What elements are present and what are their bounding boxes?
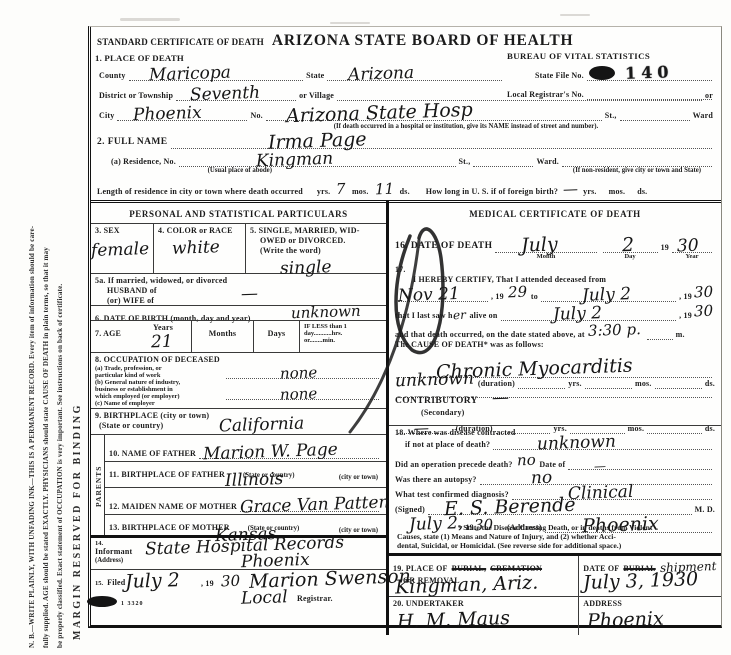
- date-of-line: —: [568, 458, 712, 470]
- city-row: City Phoenix No. Arizona State Hosp St.,…: [95, 108, 717, 122]
- occupation-b-line: none: [226, 388, 379, 400]
- dob-row: 6. DATE OF BIRTH (month, day and year) u…: [91, 305, 386, 320]
- duration-value: unknown: [395, 371, 474, 391]
- occupation-a-row: (a) Trade, profession, or particular kin…: [95, 365, 382, 379]
- duration-ds-line: [655, 377, 702, 389]
- pre-title: STANDARD CERTIFICATE OF DEATH: [97, 37, 264, 48]
- autopsy-label: Was there an autopsy?: [395, 475, 477, 485]
- age-years-value: 21: [151, 334, 173, 352]
- race-label: 4. COLOR or RACE: [158, 226, 241, 236]
- age-label-cell: 7. AGE: [91, 321, 135, 352]
- operation-row: Did an operation precede death? no Date …: [395, 450, 715, 470]
- burial-word-struck: BURIAL,: [452, 564, 487, 573]
- duration-mos-line: [585, 377, 632, 389]
- contributory-value: —: [492, 390, 510, 408]
- county-value: Maricopa: [149, 65, 231, 85]
- dod-month-sublabel: Month: [537, 253, 556, 260]
- death-occurred-label: and that death occurred, on the date sta…: [395, 330, 585, 340]
- undertaker-value: H. M. Maus: [397, 609, 511, 632]
- burial-date-cell: DATE OF BURIAL shipment July 3, 1930: [578, 556, 721, 596]
- sex-value: female: [91, 241, 150, 260]
- yrs-value: 7: [336, 182, 346, 197]
- residence-row: (a) Residence, No. Kingman (Usual place …: [91, 151, 721, 177]
- footnote-line1: * State the Disease Causing Death, or in…: [397, 523, 713, 532]
- age-row: 7. AGE Years 21 Months Days IF LESS than…: [91, 320, 386, 352]
- full-name-label: 2. FULL NAME: [97, 137, 168, 149]
- residence-label: (a) Residence, No.: [111, 157, 176, 167]
- or-label: or: [705, 91, 713, 101]
- informant-address-label: (Address): [95, 557, 382, 564]
- footnote-line3: dental, Suicidal, or Homicidal. (See rev…: [397, 541, 713, 550]
- occupation-row: 8. OCCUPATION OF DECEASED (a) Trade, pro…: [91, 352, 386, 408]
- death-time-row: and that death occurred, on the date sta…: [395, 321, 715, 340]
- street-no-label: No.: [250, 111, 262, 121]
- title-band: STANDARD CERTIFICATE OF DEATH ARIZONA ST…: [91, 27, 721, 50]
- certify-block: 17. I HEREBY CERTIFY, That I attended de…: [389, 265, 721, 371]
- from-year-value: 29: [508, 285, 528, 301]
- full-name-line: Irma Page: [171, 134, 712, 149]
- date-of-death-label: 16. DATE OF DEATH: [395, 241, 492, 253]
- dod-year-sublabel: Year: [686, 253, 699, 260]
- age-months-label: Months: [209, 329, 236, 338]
- alive-on-label: alive on: [469, 311, 497, 321]
- scan-smudge: [330, 22, 370, 24]
- md-label: M. D.: [695, 505, 715, 515]
- alive-on-line: July 2: [501, 309, 677, 321]
- bottom-ink-blot: [87, 596, 117, 607]
- city-line: Phoenix: [117, 109, 247, 121]
- operation-label: Did an operation precede death?: [395, 460, 513, 470]
- alive-year-prefix: , 19: [679, 311, 692, 321]
- form-code-stamp: 1 3320: [121, 601, 144, 607]
- age-years-cell: Years 21: [135, 321, 191, 352]
- to-year-prefix: , 19: [679, 292, 692, 302]
- father-name-label: 10. NAME OF FATHER: [109, 449, 196, 459]
- if-less-line1: IF LESS than 1: [304, 323, 382, 330]
- residence-st-line: [473, 155, 533, 167]
- if-less-cell: IF LESS than 1 day...........hrs. or....…: [299, 321, 386, 352]
- occupation-b-line2: business or establishment in: [95, 386, 223, 393]
- personal-column: PERSONAL AND STATISTICAL PARTICULARS 3. …: [91, 200, 389, 635]
- st-line: [620, 109, 690, 121]
- duration-yrs-label: yrs.: [568, 379, 581, 389]
- duration-mos-label: mos.: [635, 379, 652, 389]
- age-days-cell: Days: [253, 321, 299, 352]
- filed-row: 15. Filed July 2 , 19 30 Marion Swenson …: [91, 569, 386, 611]
- medical-column: MEDICAL CERTIFICATE OF DEATH 16. DATE OF…: [389, 200, 721, 635]
- informant-row: 14. Informant (Address) State Hospital R…: [91, 535, 386, 569]
- abode-note: (Usual place of abode): [208, 167, 272, 174]
- undertaker-row: 20. UNDERTAKER H. M. Maus ADDRESS Phoeni…: [389, 596, 721, 635]
- registrar-title-label: Registrar.: [297, 594, 333, 604]
- occupation-b-row: (b) General nature of industry, business…: [95, 379, 382, 400]
- q18-line2: if not at place of death?: [405, 440, 490, 450]
- to-label: to: [531, 292, 538, 302]
- dob-value: unknown: [291, 304, 361, 321]
- mother-name-row: 12. MAIDEN NAME OF MOTHER Grace Van Patt…: [105, 487, 386, 514]
- parents-label: PARENTS: [94, 466, 103, 507]
- birthplace-value: California: [219, 416, 305, 436]
- length-label: Length of residence in city or town wher…: [97, 187, 303, 197]
- parents-block: PARENTS 10. NAME OF FATHER Marion W. Pag…: [91, 434, 386, 535]
- county-line: Maricopa: [129, 69, 304, 81]
- occupation-a-line1: (a) Trade, profession, or: [95, 365, 223, 372]
- sex-race-marital-row: 3. SEX female 4. COLOR or RACE white 5. …: [91, 223, 386, 273]
- from-year-prefix: , 19: [491, 292, 504, 302]
- foreign-birth-label: How long in U. S. if of foreign birth?: [426, 187, 558, 197]
- medical-column-title: MEDICAL CERTIFICATE OF DEATH: [389, 200, 721, 223]
- contributory-label: CONTRIBUTORY: [395, 396, 478, 406]
- occupation-c-label: (c) Name of employer: [95, 400, 382, 407]
- undertaker-address-cell: ADDRESS Phoenix: [578, 597, 721, 635]
- father-birthplace-label: 11. BIRTHPLACE OF FATHER: [109, 470, 225, 479]
- mother-name-label: 12. MAIDEN NAME OF MOTHER: [109, 502, 237, 512]
- marital-cell: 5. SINGLE, MARRIED, WID- OWED or DIVORCE…: [245, 224, 386, 273]
- foreign-mos-label: mos.: [609, 187, 626, 197]
- county-label: County: [99, 71, 126, 81]
- if-less-line3: or........min.: [304, 337, 382, 344]
- parents-sidebar: PARENTS: [91, 435, 105, 535]
- personal-column-title: PERSONAL AND STATISTICAL PARTICULARS: [91, 200, 386, 223]
- filed-year-prefix: , 19: [201, 579, 214, 589]
- her-value: er: [452, 309, 465, 321]
- father-birthplace-row: 11. BIRTHPLACE OF FATHER (city or town) …: [105, 461, 386, 487]
- certify-number: 17.: [395, 265, 715, 275]
- nonresident-note: (If non-resident, give city or town and …: [573, 167, 701, 174]
- district-value: Seventh: [190, 85, 261, 104]
- undertaker-address-value: Phoenix: [587, 610, 664, 632]
- attended-to-line: July 2: [541, 290, 676, 302]
- dod-day-sublabel: Day: [624, 253, 635, 260]
- residence-ward-label: Ward.: [536, 157, 559, 167]
- footnote-block: * State the Disease Causing Death, or in…: [389, 521, 721, 553]
- last-saw-row: that I last saw h er alive on July 2 , 1…: [395, 302, 715, 321]
- county-row: County Maricopa State Arizona: [95, 68, 717, 82]
- father-bp-city-note: (city or town): [339, 474, 378, 481]
- residence-ward-line: (If non-resident, give city or town and …: [562, 155, 712, 167]
- marital-label-3: (Write the word): [260, 246, 382, 256]
- certificate-form: STANDARD CERTIFICATE OF DEATH ARIZONA ST…: [88, 26, 722, 628]
- foreign-birth-value: —: [563, 182, 579, 198]
- duration-ds-label: ds.: [705, 379, 715, 389]
- district-line: Seventh: [176, 89, 296, 101]
- occupation-b-value: none: [279, 387, 317, 403]
- village-label: or Village: [299, 91, 334, 101]
- burial-place-cell: 19. PLACE OF BURIAL, CREMATION OR REMOVA…: [389, 556, 578, 596]
- occupation-a-line2: particular kind of work: [95, 372, 223, 379]
- sex-label: 3. SEX: [95, 226, 149, 236]
- district-label: District or Township: [99, 91, 173, 101]
- margin-note-line1: N. B.—WRITE PLAINLY, WITH UNFADING INK—T…: [28, 226, 36, 648]
- marital-label-1: 5. SINGLE, MARRIED, WID-: [250, 226, 382, 236]
- ds-label: ds.: [400, 187, 410, 197]
- death-time-line: [647, 328, 673, 340]
- death-time-value: 3:30 p.: [588, 322, 641, 339]
- last-saw-label: that I last saw h: [395, 311, 453, 321]
- death-certificate-scan: N. B.—WRITE PLAINLY, WITH UNFADING INK—T…: [0, 0, 731, 655]
- st-label: St.,: [605, 111, 617, 121]
- to-year-value: 30: [694, 285, 714, 301]
- spouse-row: 5a. If married, widowed, or divorced HUS…: [91, 273, 386, 305]
- foreign-yrs-label: yrs.: [583, 187, 596, 197]
- q18-line: unknown: [493, 438, 712, 450]
- marital-label-2: OWED or DIVORCED.: [260, 236, 382, 246]
- footnote-line2: Causes, state (1) Means and Nature of In…: [397, 532, 713, 541]
- village-line: [337, 89, 702, 101]
- margin-note-line2: fully supplied. AGE should be stated EXA…: [42, 247, 50, 648]
- burial-place-value: Kingman, Ariz.: [395, 574, 539, 598]
- margin-reserved-label: MARGIN RESERVED FOR BINDING: [72, 403, 83, 640]
- dod-year-prefix: 19: [661, 243, 669, 253]
- operation-value: no: [516, 453, 535, 469]
- burial-place-prefix: 19. PLACE OF: [393, 564, 448, 573]
- spouse-value: —: [241, 286, 259, 304]
- full-name-row: 2. FULL NAME Irma Page: [91, 132, 721, 151]
- length-of-residence-row: Length of residence in city or town wher…: [91, 177, 721, 200]
- birthplace-row: 9. BIRTHPLACE (city or town) (State or c…: [91, 408, 386, 434]
- date-of-death-row: 16. DATE OF DEATH July Month 2 Day 19 30…: [389, 223, 721, 265]
- father-name-row: 10. NAME OF FATHER Marion W. Page: [105, 435, 386, 461]
- mos-value: 11: [374, 182, 394, 198]
- filed-year-value: 30: [221, 574, 241, 590]
- cause-of-death-label: The CAUSE OF DEATH* was as follows:: [395, 340, 715, 350]
- mother-bp-city-note: (city or town): [339, 527, 378, 534]
- dod-day-line: 2 Day: [603, 241, 658, 253]
- filed-number: 15.: [95, 580, 103, 587]
- place-of-death-section: 1. PLACE OF DEATH County Maricopa State …: [91, 50, 721, 132]
- sex-cell: 3. SEX female: [91, 224, 153, 273]
- q18-block: 18. Where was disease contracted if not …: [389, 425, 721, 521]
- dod-year-line: 30 Year: [672, 241, 712, 253]
- filed-label: Filed: [107, 578, 125, 587]
- race-cell: 4. COLOR or RACE white: [153, 224, 245, 273]
- registrar-local-value: Local: [241, 590, 288, 609]
- undertaker-cell: 20. UNDERTAKER H. M. Maus: [389, 597, 578, 635]
- mother-name-line: Grace Van Patten: [240, 500, 379, 512]
- dod-month-line: July Month: [495, 241, 596, 253]
- occupation-b-line1: (b) General nature of industry,: [95, 379, 223, 386]
- state-value: Arizona: [348, 65, 415, 84]
- age-days-label: Days: [268, 329, 286, 338]
- duration-row: unknown (duration) yrs. mos. ds.: [389, 371, 721, 389]
- mother-birthplace-label: 13. BIRTHPLACE OF MOTHER: [109, 523, 230, 532]
- state-line: Arizona: [327, 69, 502, 81]
- mos-label: mos.: [352, 187, 369, 197]
- attended-dates-row: Nov 21 , 19 29 to July 2 , 19 30: [395, 285, 715, 302]
- occupation-b-line3: which employed (or employer): [95, 393, 223, 400]
- contributory-block: CONTRIBUTORY — (Secondary) — (duration) …: [389, 389, 721, 425]
- if-less-line2: day...........hrs.: [304, 330, 382, 337]
- occupation-a-line: none: [226, 367, 379, 379]
- attended-from-line: Nov 21: [398, 290, 488, 302]
- q18-line2-row: if not at place of death? unknown: [395, 438, 715, 450]
- scan-smudge: [560, 14, 590, 16]
- burial-row: 19. PLACE OF BURIAL, CREMATION OR REMOVA…: [389, 553, 721, 596]
- burial-date-value: July 3, 1930: [583, 570, 699, 593]
- duration-yrs-line: [518, 377, 565, 389]
- age-label: 7. AGE: [95, 329, 121, 338]
- filed-date-value: July 2: [125, 571, 180, 592]
- city-value: Phoenix: [133, 105, 202, 124]
- margin-note-line3: be properly classified. Exact statement …: [56, 284, 64, 648]
- city-label: City: [99, 111, 114, 121]
- m-label: m.: [676, 330, 685, 340]
- state-label: State: [306, 71, 324, 81]
- residence-st-label: St.,: [459, 157, 471, 167]
- form-title: ARIZONA STATE BOARD OF HEALTH: [272, 31, 573, 50]
- scan-smudge: [120, 18, 180, 21]
- foreign-ds-label: ds.: [637, 187, 647, 197]
- columns: PERSONAL AND STATISTICAL PARTICULARS 3. …: [91, 200, 721, 635]
- alive-year-value: 30: [694, 304, 714, 320]
- autopsy-row: Was there an autopsy? no: [395, 470, 715, 485]
- spouse-label-1: 5a. If married, widowed, or divorced: [95, 276, 382, 286]
- secondary-label: (Secondary): [421, 408, 715, 418]
- race-value: white: [172, 240, 220, 259]
- institution-line: Arizona State Hosp: [266, 109, 602, 121]
- yrs-label: yrs.: [317, 187, 330, 197]
- marital-value: single: [280, 259, 332, 278]
- residence-line: Kingman (Usual place of abode): [179, 155, 456, 167]
- age-months-cell: Months: [191, 321, 253, 352]
- father-name-line: Marion W. Page: [199, 447, 379, 459]
- occupation-label: 8. OCCUPATION OF DECEASED: [95, 355, 382, 365]
- ward-label: Ward: [693, 111, 713, 121]
